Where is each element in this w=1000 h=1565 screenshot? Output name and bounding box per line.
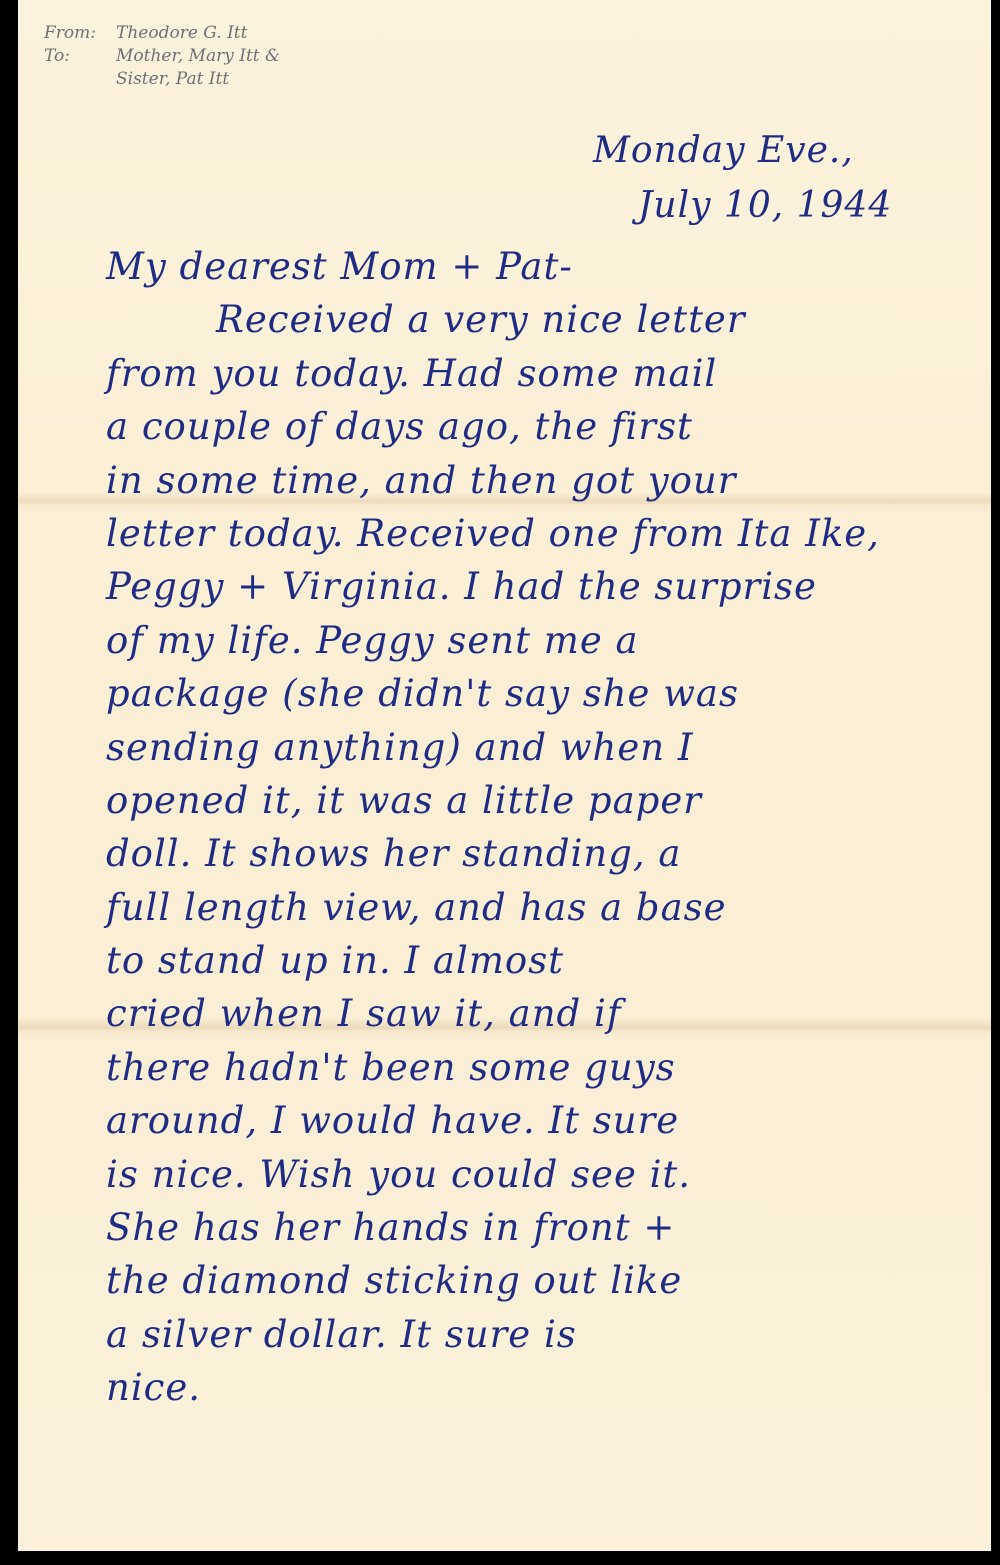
body-line: from you today. Had some mail — [106, 347, 976, 400]
body-line: there hadn't been some guys — [106, 1041, 976, 1094]
to-recipients-cont: Sister, Pat Itt — [44, 68, 280, 91]
body-line: cried when I saw it, and if — [106, 987, 976, 1040]
body-line: full length view, and has a base — [106, 881, 976, 934]
body-line: doll. It shows her standing, a — [106, 827, 976, 880]
body-line: package (she didn't say she was — [106, 667, 976, 720]
body-line: She has her hands in front + — [106, 1201, 976, 1254]
body-line: Peggy + Virginia. I had the surprise — [106, 560, 976, 613]
body-line: in some time, and then got your — [106, 454, 976, 507]
letter-header: From: Theodore G. Itt To: Mother, Mary I… — [44, 22, 280, 91]
body-line: Received a very nice letter — [106, 293, 976, 346]
date-full: July 10, 1944 — [638, 185, 892, 226]
body-line: a couple of days ago, the first — [106, 400, 976, 453]
date-day: Monday Eve., — [593, 130, 854, 171]
body-line: around, I would have. It sure — [106, 1094, 976, 1147]
to-recipients: Mother, Mary Itt & — [116, 45, 280, 68]
body-line: of my life. Peggy sent me a — [106, 614, 976, 667]
letter-page: From: Theodore G. Itt To: Mother, Mary I… — [18, 0, 991, 1551]
from-label: From: — [44, 22, 116, 45]
body-line: letter today. Received one from Ita Ike, — [106, 507, 976, 560]
from-row: From: Theodore G. Itt — [44, 22, 280, 45]
body-line: sending anything) and when I — [106, 721, 976, 774]
body-line: opened it, it was a little paper — [106, 774, 976, 827]
body-line: nice. — [106, 1361, 976, 1414]
salutation: My dearest Mom + Pat- — [106, 240, 976, 293]
body-line: is nice. Wish you could see it. — [106, 1148, 976, 1201]
to-row: To: Mother, Mary Itt & — [44, 45, 280, 68]
letter-body: My dearest Mom + Pat- Received a very ni… — [106, 240, 976, 1415]
body-line: to stand up in. I almost — [106, 934, 976, 987]
to-label: To: — [44, 45, 116, 68]
body-line: a silver dollar. It sure is — [106, 1308, 976, 1361]
from-name: Theodore G. Itt — [116, 22, 247, 45]
body-line: the diamond sticking out like — [106, 1254, 976, 1307]
